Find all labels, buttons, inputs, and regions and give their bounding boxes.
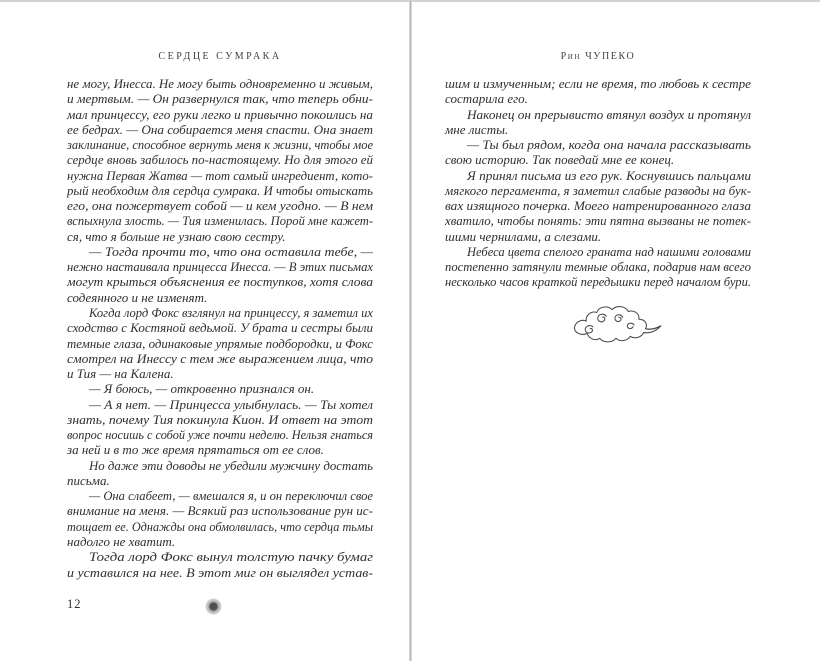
text-line: вспыхнула злость. — Тия изменилась. Поро…	[67, 213, 373, 228]
left-page: СЕРДЦЕ СУМРАКА не могу, Инесса. Не могу …	[0, 0, 410, 661]
text-line: Наконец он прерывисто втянул воздух и пр…	[445, 107, 751, 122]
text-line: его, она пожертвует собой — и кем угодно…	[67, 198, 373, 213]
text-line: нужна Первая Жатва — тот самый ингредиен…	[67, 168, 373, 183]
text-line: за ней и в то же время прятаться от ее с…	[67, 442, 373, 457]
text-line: шими чернилами, а слезами.	[445, 229, 751, 244]
text-line-content: тощает ее. Однажды она обмолвилась, что …	[67, 519, 373, 534]
text-line-content: смотрел на Инессу с тем же выражением ли…	[67, 351, 373, 366]
text-line-content: сходство с Костяной ведьмой. У брата и с…	[67, 320, 373, 335]
text-line: нежно настаивала принцесса Инесса. — В э…	[67, 259, 373, 274]
text-line: внимание на меня. — Всякий раз использов…	[67, 503, 373, 518]
text-line: рый необходим для сердца сумрака. И чтоб…	[67, 183, 373, 198]
text-line-content: вах изящного почерка. Моего натренирован…	[445, 198, 751, 213]
text-line: сходство с Костяной ведьмой. У брата и с…	[67, 320, 373, 335]
text-line: состарила его.	[445, 91, 751, 106]
text-line: хватило, чтобы понять: эти пятна вызваны…	[445, 213, 751, 228]
text-line-content: знать, почему Тия покинула Кион. И ответ…	[67, 412, 373, 427]
text-line-content: — Ты был рядом, когда она начала рассказ…	[467, 137, 751, 152]
text-line-content: темные глаза, одинаковые упрямые подборо…	[67, 336, 373, 351]
text-line-content: мягкого пергамента, я заметил слабые раз…	[445, 183, 751, 198]
text-line-content: Тогда лорд Фокс вынул толстую пачку бума…	[89, 549, 373, 564]
text-line: смотрел на Инессу с тем же выражением ли…	[67, 351, 373, 366]
text-line-content: ее бедрах. — Она собирается меня спасти.…	[67, 122, 373, 137]
text-line-content: вспыхнула злость. — Тия изменилась. Поро…	[67, 213, 373, 228]
text-line-content: Когда лорд Фокс взглянул на принцессу, я…	[89, 305, 373, 320]
page-number: 12	[67, 597, 82, 612]
text-line: и мертвым. — Он развернулся так, что теп…	[67, 91, 373, 106]
text-line-content: за ней и в то же время прятаться от ее с…	[67, 442, 324, 457]
text-line-content: не могу, Инесса. Не могу быть одновремен…	[67, 76, 373, 91]
right-running-head: Рин ЧУПЕКО	[445, 51, 751, 63]
text-line: не могу, Инесса. Не могу быть одновремен…	[67, 76, 373, 91]
text-line: шим и измученным; если не время, то любо…	[445, 76, 751, 91]
text-line-content: мал принцессу, его руки легко и привычно…	[67, 107, 373, 122]
position-dot-icon[interactable]	[205, 598, 222, 615]
text-line: Но даже эти доводы не убедили мужчину до…	[67, 458, 373, 473]
text-line-content: нужна Первая Жатва — тот самый ингредиен…	[67, 168, 373, 183]
text-line: темные глаза, одинаковые упрямые подборо…	[67, 336, 373, 351]
text-line-content: заклинание, способное вернуть меня к жиз…	[67, 137, 373, 152]
text-line-content: внимание на меня. — Всякий раз использов…	[67, 503, 373, 518]
text-line: надолго не хватит.	[67, 534, 373, 549]
text-line-content: сердце вновь забилось по-настоящему. Но …	[67, 152, 373, 167]
text-line-content: и уставился на нее. В этот миг он выгляд…	[67, 565, 373, 580]
text-line-content: Небеса цвета спелого граната над нашими …	[467, 244, 751, 259]
text-line: сердце вновь забилось по-настоящему. Но …	[67, 152, 373, 167]
text-line: вах изящного почерка. Моего натренирован…	[445, 198, 751, 213]
text-line-content: состарила его.	[445, 91, 528, 106]
text-line: содеянного и не изменят.	[67, 290, 373, 305]
text-line: могут крыться объяснения ее поступков, х…	[67, 274, 373, 289]
text-line: тощает ее. Однажды она обмолвилась, что …	[67, 519, 373, 534]
text-line: — Она слабеет, — вмешался я, и он перекл…	[67, 488, 373, 503]
text-line-content: хватило, чтобы понять: эти пятна вызваны…	[445, 213, 751, 228]
text-line-content: содеянного и не изменят.	[67, 290, 207, 305]
text-line-content: его, она пожертвует собой — и кем угодно…	[67, 198, 373, 213]
text-line-content: мне листы.	[445, 122, 508, 137]
text-line: мал принцессу, его руки легко и привычно…	[67, 107, 373, 122]
text-line-content: вопрос носишь с собой уже почти неделю. …	[67, 427, 373, 442]
left-running-head: СЕРДЦЕ СУМРАКА	[67, 51, 373, 63]
text-line: — Тогда прочти то, что она оставила тебе…	[67, 244, 373, 259]
text-line-content: постепенно затянули темные облака, подар…	[445, 259, 751, 274]
text-line: письма.	[67, 473, 373, 488]
text-line-content: рый необходим для сердца сумрака. И чтоб…	[67, 183, 373, 198]
text-line: заклинание, способное вернуть меня к жиз…	[67, 137, 373, 152]
text-line: — Я боюсь, — откровенно признался он.	[67, 381, 373, 396]
text-line: знать, почему Тия покинула Кион. И ответ…	[67, 412, 373, 427]
text-line-content: письма.	[67, 473, 110, 488]
text-line-content: нежно настаивала принцесса Инесса. — В э…	[67, 259, 373, 274]
text-line: Когда лорд Фокс взглянул на принцессу, я…	[67, 305, 373, 320]
text-line: Я принял письма из его рук. Коснувшись п…	[445, 168, 751, 183]
text-line: и Тия — на Калена.	[67, 366, 373, 381]
text-line: Тогда лорд Фокс вынул толстую пачку бума…	[67, 549, 373, 564]
text-line-content: Я принял письма из его рук. Коснувшись п…	[467, 168, 751, 183]
right-page: Рин ЧУПЕКО шим и измученным; если не вре…	[410, 0, 820, 661]
text-line: мягкого пергамента, я заметил слабые раз…	[445, 183, 751, 198]
text-line-content: Но даже эти доводы не убедили мужчину до…	[89, 458, 373, 473]
text-line: Небеса цвета спелого граната над нашими …	[445, 244, 751, 259]
text-line: — Ты был рядом, когда она начала рассказ…	[445, 137, 751, 152]
text-line-content: несколько часов краткой передышки перед …	[445, 274, 751, 289]
text-line: мне листы.	[445, 122, 751, 137]
text-line-content: надолго не хватит.	[67, 534, 175, 549]
text-line-content: — А я нет. — Принцесса улыбнулась. — Ты …	[89, 397, 373, 412]
text-line: несколько часов краткой передышки перед …	[445, 274, 751, 289]
text-line-content: — Я боюсь, — откровенно признался он.	[89, 381, 314, 396]
text-line-content: могут крыться объяснения ее поступков, х…	[67, 274, 373, 289]
text-line-content: и Тия — на Калена.	[67, 366, 174, 381]
text-line-content: — Тогда прочти то, что она оставила тебе…	[89, 244, 373, 259]
text-line-content: шими чернилами, а слезами.	[445, 229, 601, 244]
left-text-block: не могу, Инесса. Не могу быть одновремен…	[67, 76, 373, 580]
text-line-content: и мертвым. — Он развернулся так, что теп…	[67, 91, 373, 106]
text-line: вопрос носишь с собой уже почти неделю. …	[67, 427, 373, 442]
text-line: и уставился на нее. В этот миг он выгляд…	[67, 565, 373, 580]
text-line: свою историю. Так поведай мне ее конец.	[445, 152, 751, 167]
text-line: постепенно затянули темные облака, подар…	[445, 259, 751, 274]
text-line: ее бедрах. — Она собирается меня спасти.…	[67, 122, 373, 137]
text-line: — А я нет. — Принцесса улыбнулась. — Ты …	[67, 397, 373, 412]
right-text-block: шим и измученным; если не время, то любо…	[445, 76, 751, 290]
text-line-content: — Она слабеет, — вмешался я, и он перекл…	[89, 488, 373, 503]
text-line-content: ся, что я больше не узнаю свою сестру.	[67, 229, 285, 244]
text-line-content: свою историю. Так поведай мне ее конец.	[445, 152, 674, 167]
text-line: ся, что я больше не узнаю свою сестру.	[67, 229, 373, 244]
text-line-content: шим и измученным; если не время, то любо…	[445, 76, 751, 91]
text-line-content: Наконец он прерывисто втянул воздух и пр…	[467, 107, 751, 122]
cloud-ornament-icon	[566, 302, 662, 344]
